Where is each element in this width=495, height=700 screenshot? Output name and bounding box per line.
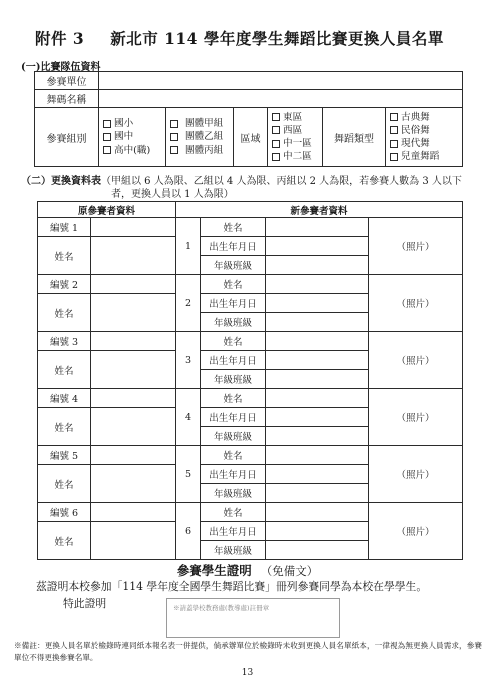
new-name-input[interactable] (266, 218, 369, 237)
grade-class-label: 年級班級 (201, 370, 266, 389)
orig-name-input[interactable] (91, 237, 176, 275)
grade-class-label: 年級班級 (201, 427, 266, 446)
orig-number-input[interactable] (91, 389, 176, 408)
new-name-label: 姓名 (201, 332, 266, 351)
group-label: 參賽組別 (35, 108, 99, 167)
checkbox-team-group-a[interactable]: 團體甲組 (170, 117, 233, 130)
school-level-options: 國小 國中 高中(職) (99, 108, 166, 167)
dance-type-options: 古典舞 民俗舞 現代舞 兒童舞蹈 (386, 108, 463, 167)
table-row: 編號1 1 姓名 （照片） (38, 218, 463, 237)
checkbox-central2-region[interactable]: 中二區 (272, 150, 322, 163)
birth-date-label: 出生年月日 (201, 465, 266, 484)
grade-class-input[interactable] (266, 541, 369, 560)
orig-name-input[interactable] (91, 465, 176, 503)
new-name-label: 姓名 (201, 389, 266, 408)
dance-name-label: 舞碼名稱 (35, 90, 99, 108)
orig-number-label: 編號6 (38, 503, 91, 522)
stamp-note: ※請蓋學校教務處(教導處)註冊章 (173, 604, 269, 612)
certificate-title: 參賽學生證明 (177, 563, 252, 578)
photo-placeholder: （照片） (369, 446, 463, 503)
birth-date-label: 出生年月日 (201, 351, 266, 370)
grade-class-input[interactable] (266, 427, 369, 446)
document-page: 附件 3 新北市 114 學年度學生舞蹈比賽更換人員名單 (一)比賽隊伍資料 參… (0, 0, 495, 700)
orig-number-input[interactable] (91, 503, 176, 522)
new-name-input[interactable] (266, 446, 369, 465)
new-name-input[interactable] (266, 503, 369, 522)
orig-name-label: 姓名 (38, 465, 91, 503)
attachment-label: 附件 3 (35, 27, 84, 49)
table-row: 編號6 6 姓名 （照片） (38, 503, 463, 522)
region-label: 區域 (234, 108, 268, 167)
checkbox-icon[interactable] (103, 120, 111, 128)
checkbox-icon[interactable] (170, 120, 178, 128)
entry-index: 4 (176, 389, 201, 446)
checkbox-classical-dance[interactable]: 古典舞 (390, 111, 462, 124)
footnote: ※備註：更換人員名單於檢錄時連同紙本報名表一併提供，倘承辦單位於檢錄時未收到更換… (14, 640, 482, 663)
table-row: 參賽單位 (35, 72, 463, 90)
table-header-row: 原參賽者資料 新參賽者資料 (38, 202, 463, 218)
checkbox-junior-high[interactable]: 國中 (103, 130, 165, 143)
checkbox-icon[interactable] (272, 126, 280, 134)
certificate-closing: 特此證明 (63, 596, 106, 611)
unit-label: 參賽單位 (35, 72, 99, 90)
checkbox-children-dance[interactable]: 兒童舞蹈 (390, 150, 462, 163)
checkbox-icon[interactable] (103, 146, 111, 154)
checkbox-icon[interactable] (390, 153, 398, 161)
section2-heading-label: （二）更換資料表 (21, 176, 101, 187)
entry-index: 2 (176, 275, 201, 332)
birth-date-label: 出生年月日 (201, 522, 266, 541)
replacement-table: 原參賽者資料 新參賽者資料 編號1 1 姓名 （照片） 姓名 出生年月日 年級班… (37, 201, 463, 560)
checkbox-west-region[interactable]: 西區 (272, 124, 322, 137)
birth-date-input[interactable] (266, 351, 369, 370)
grade-class-input[interactable] (266, 256, 369, 275)
new-name-label: 姓名 (201, 446, 266, 465)
grade-class-input[interactable] (266, 484, 369, 503)
checkbox-icon[interactable] (103, 133, 111, 141)
grade-class-input[interactable] (266, 313, 369, 332)
certificate-body: 茲證明本校參加「114 學年度全國學生舞蹈比賽」冊列參賽同學為本校在學學生。 (36, 579, 427, 594)
orig-number-input[interactable] (91, 332, 176, 351)
orig-participant-header: 原參賽者資料 (38, 202, 176, 218)
checkbox-folk-dance[interactable]: 民俗舞 (390, 124, 462, 137)
section2-heading: （二）更換資料表（甲組以 6 人為限、乙組以 4 人為限、丙組以 2 人為限，若… (21, 176, 483, 201)
birth-date-input[interactable] (266, 408, 369, 427)
orig-name-input[interactable] (91, 408, 176, 446)
orig-name-input[interactable] (91, 294, 176, 332)
dance-type-label: 舞蹈類型 (323, 108, 386, 167)
orig-number-label: 編號5 (38, 446, 91, 465)
region-options: 東區 西區 中一區 中二區 (268, 108, 323, 167)
grade-class-label: 年級班級 (201, 484, 266, 503)
checkbox-modern-dance[interactable]: 現代舞 (390, 137, 462, 150)
entry-index: 6 (176, 503, 201, 560)
new-participant-header: 新參賽者資料 (176, 202, 463, 218)
table-row: 編號2 2 姓名 （照片） (38, 275, 463, 294)
entry-index: 5 (176, 446, 201, 503)
orig-name-label: 姓名 (38, 408, 91, 446)
checkbox-icon[interactable] (390, 113, 398, 121)
certificate-heading: 參賽學生證明 （免備文） (0, 560, 495, 579)
birth-date-input[interactable] (266, 522, 369, 541)
stamp-box[interactable]: ※請蓋學校教務處(教導處)註冊章 (166, 598, 340, 638)
certificate-title-suffix: （免備文） (261, 564, 319, 578)
grade-class-input[interactable] (266, 370, 369, 389)
orig-number-input[interactable] (91, 446, 176, 465)
birth-date-input[interactable] (266, 465, 369, 484)
orig-name-input[interactable] (91, 351, 176, 389)
checkbox-icon[interactable] (272, 140, 280, 148)
new-name-input[interactable] (266, 332, 369, 351)
entry-index: 1 (176, 218, 201, 275)
grade-class-label: 年級班級 (201, 256, 266, 275)
orig-number-label: 編號1 (38, 218, 91, 237)
team-group-options: 團體甲組 團體乙組 團體丙組 (166, 108, 234, 167)
dance-name-input[interactable] (99, 90, 463, 108)
section2-note-line1: （甲組以 6 人為限、乙組以 4 人為限、丙組以 2 人為限，若參賽人數為 3 … (101, 176, 462, 187)
page-title: 新北市 114 學年度學生舞蹈比賽更換人員名單 (110, 27, 444, 49)
document-header: 附件 3 新北市 114 學年度學生舞蹈比賽更換人員名單 (35, 27, 444, 49)
checkbox-elementary-school[interactable]: 國小 (103, 117, 165, 130)
new-name-label: 姓名 (201, 275, 266, 294)
photo-placeholder: （照片） (369, 503, 463, 560)
birth-date-input[interactable] (266, 294, 369, 313)
photo-placeholder: （照片） (369, 275, 463, 332)
birth-date-label: 出生年月日 (201, 237, 266, 256)
unit-input[interactable] (99, 72, 463, 90)
orig-name-input[interactable] (91, 522, 176, 560)
birth-date-label: 出生年月日 (201, 408, 266, 427)
photo-placeholder: （照片） (369, 332, 463, 389)
orig-name-label: 姓名 (38, 294, 91, 332)
orig-number-label: 編號4 (38, 389, 91, 408)
orig-number-input[interactable] (91, 218, 176, 237)
table-row: 舞碼名稱 (35, 90, 463, 108)
checkbox-team-group-b[interactable]: 團體乙組 (170, 130, 233, 143)
orig-number-label: 編號3 (38, 332, 91, 351)
new-name-label: 姓名 (201, 503, 266, 522)
checkbox-icon[interactable] (170, 146, 178, 154)
section2-note-line2: 者，更換人員以 1 人為限） (111, 189, 483, 202)
orig-number-input[interactable] (91, 275, 176, 294)
table-row: 編號3 3 姓名 （照片） (38, 332, 463, 351)
team-info-table: 參賽單位 舞碼名稱 參賽組別 國小 國中 (34, 71, 463, 167)
checkbox-icon[interactable] (272, 153, 280, 161)
table-row: 編號4 4 姓名 （照片） (38, 389, 463, 408)
entry-index: 3 (176, 332, 201, 389)
orig-name-label: 姓名 (38, 237, 91, 275)
orig-number-label: 編號2 (38, 275, 91, 294)
birth-date-label: 出生年月日 (201, 294, 266, 313)
checkbox-icon[interactable] (170, 133, 178, 141)
new-name-label: 姓名 (201, 218, 266, 237)
table-row: 參賽組別 國小 國中 高中(職) (35, 108, 463, 167)
checkbox-icon[interactable] (390, 140, 398, 148)
new-name-input[interactable] (266, 275, 369, 294)
grade-class-label: 年級班級 (201, 541, 266, 560)
checkbox-icon[interactable] (390, 126, 398, 134)
table-row: 編號5 5 姓名 （照片） (38, 446, 463, 465)
page-number: 13 (0, 668, 495, 678)
checkbox-team-group-c[interactable]: 團體丙組 (170, 144, 233, 157)
new-name-input[interactable] (266, 389, 369, 408)
birth-date-input[interactable] (266, 237, 369, 256)
grade-class-label: 年級班級 (201, 313, 266, 332)
checkbox-icon[interactable] (272, 113, 280, 121)
orig-name-label: 姓名 (38, 522, 91, 560)
photo-placeholder: （照片） (369, 218, 463, 275)
orig-name-label: 姓名 (38, 351, 91, 389)
photo-placeholder: （照片） (369, 389, 463, 446)
checkbox-senior-high[interactable]: 高中(職) (103, 144, 165, 157)
checkbox-east-region[interactable]: 東區 (272, 111, 322, 124)
checkbox-central1-region[interactable]: 中一區 (272, 137, 322, 150)
